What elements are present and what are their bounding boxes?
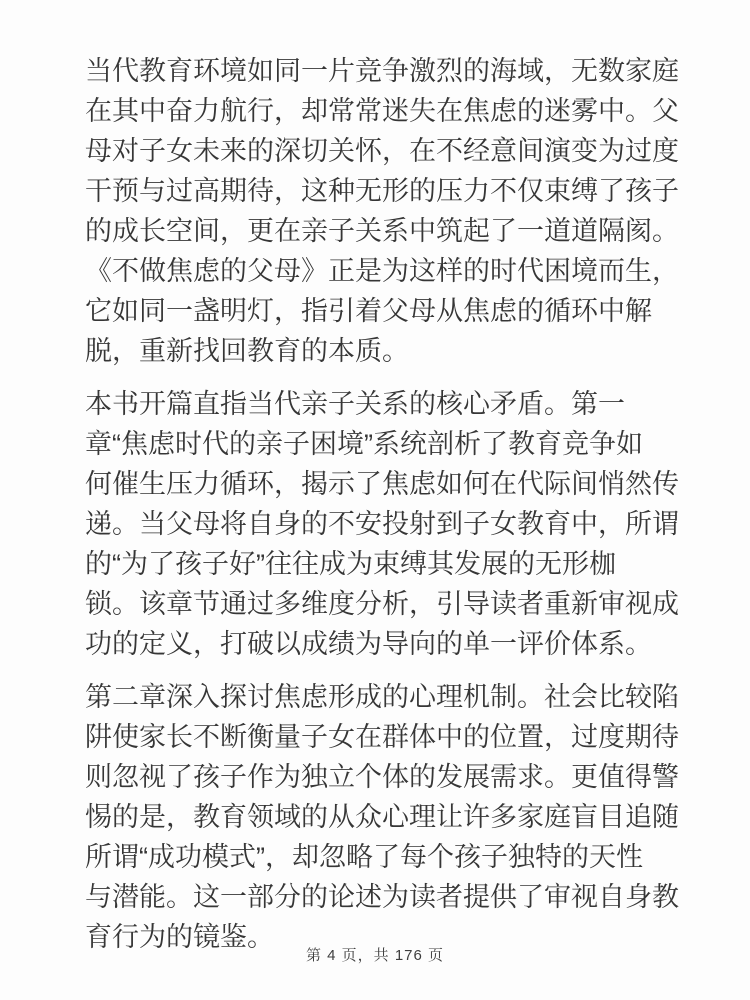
paragraph: 本书开篇直指当代亲子关系的核心矛盾。第一章“焦虑时代的亲子困境”系统剖析了教育竞… <box>85 384 705 664</box>
text-line: 的“为了孩子好”往往成为束缚其发展的无形枷 <box>85 544 705 584</box>
text-line: 当代教育环境如同一片竞争激烈的海域，无数家庭 <box>85 51 705 91</box>
text-line: 第二章深入探讨焦虑形成的心理机制。社会比较陷 <box>85 677 705 717</box>
text-line: 脱，重新找回教育的本质。 <box>85 331 705 371</box>
text-line: 递。当父母将自身的不安投射到子女教育中，所谓 <box>85 504 705 544</box>
text-line: 所谓“成功模式”，却忽略了每个孩子独特的天性 <box>85 837 705 877</box>
text-line: 与潜能。这一部分的论述为读者提供了审视自身教 <box>85 877 705 917</box>
text-line: 本书开篇直指当代亲子关系的核心矛盾。第一 <box>85 384 705 424</box>
text-line: 的成长空间，更在亲子关系中筑起了一道道隔阂。 <box>85 211 705 251</box>
paragraph: 当代教育环境如同一片竞争激烈的海域，无数家庭在其中奋力航行，却常常迷失在焦虑的迷… <box>85 51 705 371</box>
document-page: 当代教育环境如同一片竞争激烈的海域，无数家庭在其中奋力航行，却常常迷失在焦虑的迷… <box>0 0 750 1000</box>
document-content: 当代教育环境如同一片竞争激烈的海域，无数家庭在其中奋力航行，却常常迷失在焦虑的迷… <box>85 51 705 970</box>
text-line: 阱使家长不断衡量子女在群体中的位置，过度期待 <box>85 717 705 757</box>
text-line: 惕的是，教育领域的从众心理让许多家庭盲目追随 <box>85 797 705 837</box>
page-footer: 第 4 页，共 176 页 <box>0 946 750 966</box>
text-line: 功的定义，打破以成绩为导向的单一评价体系。 <box>85 624 705 664</box>
text-line: 它如同一盏明灯，指引着父母从焦虑的循环中解 <box>85 291 705 331</box>
text-line: 《不做焦虑的父母》正是为这样的时代困境而生， <box>85 251 705 291</box>
paragraph: 第二章深入探讨焦虑形成的心理机制。社会比较陷阱使家长不断衡量子女在群体中的位置，… <box>85 677 705 957</box>
text-line: 章“焦虑时代的亲子困境”系统剖析了教育竞争如 <box>85 424 705 464</box>
text-line: 何催生压力循环，揭示了焦虑如何在代际间悄然传 <box>85 464 705 504</box>
text-line: 则忽视了孩子作为独立个体的发展需求。更值得警 <box>85 757 705 797</box>
text-line: 锁。该章节通过多维度分析，引导读者重新审视成 <box>85 584 705 624</box>
text-line: 干预与过高期待，这种无形的压力不仅束缚了孩子 <box>85 171 705 211</box>
page-indicator: 第 4 页，共 176 页 <box>306 947 444 964</box>
text-line: 母对子女未来的深切关怀，在不经意间演变为过度 <box>85 131 705 171</box>
text-line: 在其中奋力航行，却常常迷失在焦虑的迷雾中。父 <box>85 91 705 131</box>
